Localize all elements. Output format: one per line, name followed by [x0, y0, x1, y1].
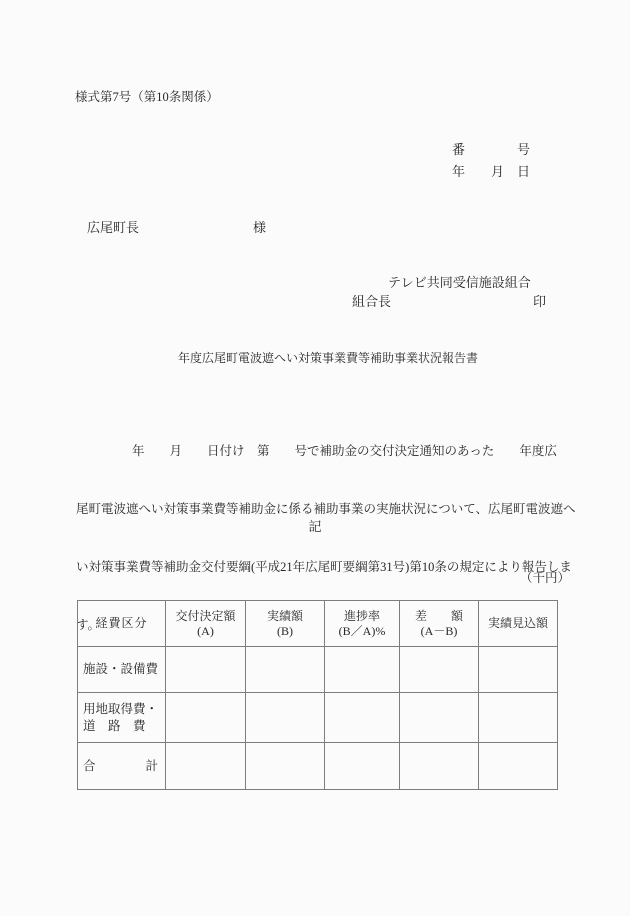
header-estimated-actual: 実績見込額 [479, 601, 558, 647]
header-label: 進捗率 [325, 609, 399, 624]
body-line: 年 月 日付け 第 号で補助金の交付決定通知のあった 年度広 [76, 442, 580, 461]
row-label-land-road: 用地取得費・ 道 路 費 [78, 693, 166, 743]
addressee-honorific: 様 [253, 217, 266, 236]
unit-note: （千円） [520, 568, 570, 586]
table-cell-empty [246, 693, 325, 743]
table-cell-empty [166, 693, 246, 743]
table-cell-empty [325, 743, 400, 790]
table-cell-empty [479, 647, 558, 693]
table-cell-empty [166, 647, 246, 693]
addressee-name: 広尾町長 [87, 217, 139, 236]
header-sublabel: (A) [166, 624, 245, 639]
sender-title: 組合長 [352, 291, 391, 310]
table-row-land-road: 用地取得費・ 道 路 費 [78, 693, 558, 743]
table-header-row: 経費区分 交付決定額 (A) 実績額 (B) 進捗率 (B／A)% 差 額 (A… [78, 601, 558, 647]
expense-report-table: 経費区分 交付決定額 (A) 実績額 (B) 進捗率 (B／A)% 差 額 (A… [77, 600, 558, 790]
header-progress-rate: 進捗率 (B／A)% [325, 601, 400, 647]
table-cell-empty [325, 693, 400, 743]
row-label-line: 用地取得費・ [83, 701, 165, 718]
table-cell-empty [400, 693, 479, 743]
table-cell-empty [246, 743, 325, 790]
table-cell-empty [400, 743, 479, 790]
table-cell-empty [246, 647, 325, 693]
body-line: い対策事業費等補助金交付要綱(平成21年広尾町要綱第31号)第10条の規定により… [76, 558, 580, 577]
reference-number-line: 番 号 [452, 139, 530, 158]
row-label-line: 施設・設備費 [83, 661, 165, 678]
header-label: 経費区分 [78, 616, 165, 631]
header-grant-decided-amount: 交付決定額 (A) [166, 601, 246, 647]
header-sublabel: (B) [246, 624, 324, 639]
date-line: 年 月 日 [452, 161, 530, 180]
table-cell-empty [479, 743, 558, 790]
header-sublabel: (B／A)% [325, 624, 399, 639]
sender-organization: テレビ共同受信施設組合 [388, 272, 531, 291]
header-expense-category: 経費区分 [78, 601, 166, 647]
table-cell-empty [166, 743, 246, 790]
document-page: 様式第7号（第10条関係） 番 号 年 月 日 広尾町長 様 テレビ共同受信施設… [0, 0, 630, 916]
header-label: 実績見込額 [479, 616, 557, 631]
header-label: 差 額 [400, 609, 478, 624]
section-marker: 記 [0, 516, 630, 535]
table-cell-empty [400, 647, 479, 693]
form-number: 様式第7号（第10条関係） [75, 87, 219, 105]
row-label-line: 道 路 費 [83, 718, 165, 735]
header-sublabel: (A－B) [400, 624, 478, 639]
table-row-facility: 施設・設備費 [78, 647, 558, 693]
header-label: 実績額 [246, 609, 324, 624]
row-label-total: 合 計 [78, 743, 166, 790]
row-label-facility-equipment: 施設・設備費 [78, 647, 166, 693]
header-difference: 差 額 (A－B) [400, 601, 479, 647]
document-title: 年度広尾町電波遮へい対策事業費等補助事業状況報告書 [178, 349, 478, 366]
seal-mark: 印 [533, 291, 546, 310]
table-row-total: 合 計 [78, 743, 558, 790]
table-cell-empty [479, 693, 558, 743]
header-actual-amount: 実績額 (B) [246, 601, 325, 647]
header-label: 交付決定額 [166, 609, 245, 624]
table-cell-empty [325, 647, 400, 693]
row-label-line: 合 計 [83, 758, 165, 775]
